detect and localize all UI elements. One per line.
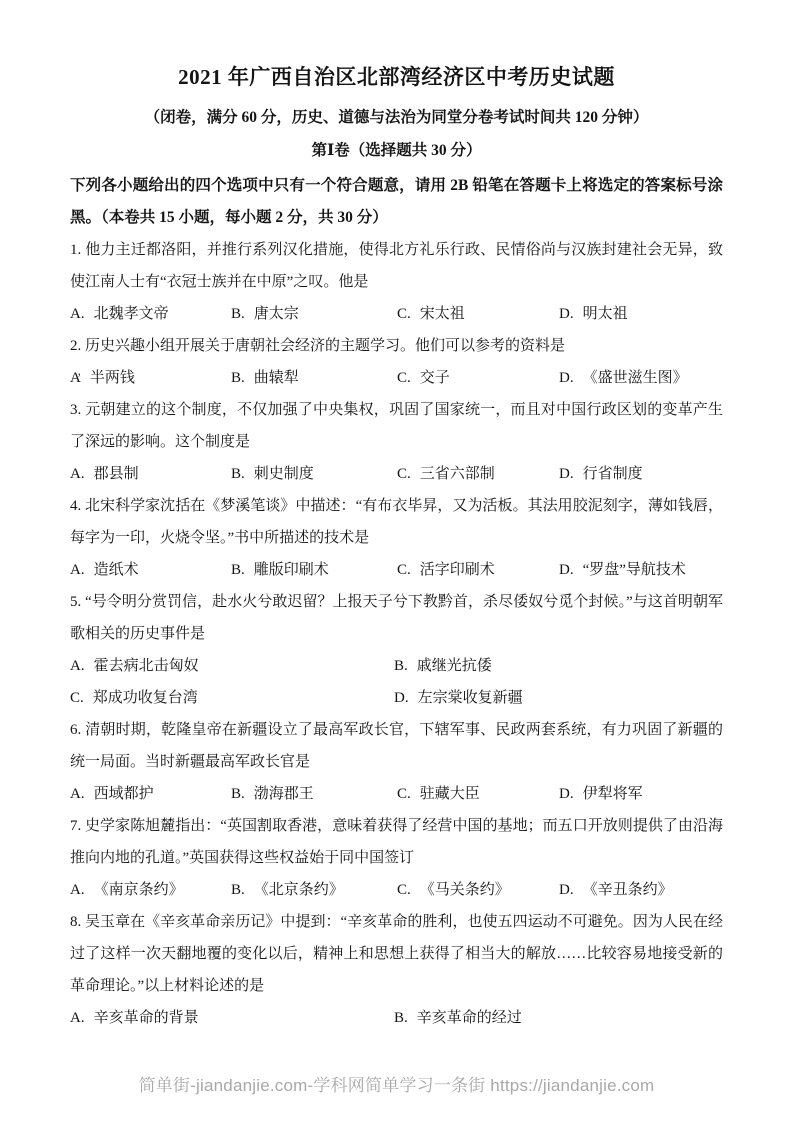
question-4: 4. 北宋科学家沈括在《梦溪笔谈》中描述：“有布衣毕昇，又为活板。其法用胶泥刻字… <box>70 490 723 586</box>
option-text: 郑成功收复台湾 <box>93 690 198 706</box>
option-label: B. <box>231 786 245 802</box>
option-text: 郡县制 <box>94 466 139 482</box>
option-text: 北魏孝文帝 <box>94 306 169 322</box>
question-4-option-b: B.雕版印刷术 <box>231 554 397 586</box>
option-label: A. <box>70 1010 85 1026</box>
option-text: 半两钱 <box>90 370 135 386</box>
option-label: C. <box>397 882 411 898</box>
question-3-option-d: D.行省制度 <box>559 458 723 490</box>
option-label: A. <box>70 466 85 482</box>
question-6-option-c: C.驻藏大臣 <box>397 778 559 810</box>
option-label: A. <box>70 786 85 802</box>
option-text: 刺史制度 <box>254 466 314 482</box>
option-label: D. <box>559 370 574 386</box>
question-4-option-c: C.活字印刷术 <box>397 554 559 586</box>
question-2-option-c: C.交子 <box>397 362 559 394</box>
option-label: D. <box>394 690 409 706</box>
option-label: C. <box>397 466 411 482</box>
question-7: 7. 史学家陈旭麓指出：“英国割取香港，意味着获得了经营中国的基地；而五口开放则… <box>70 810 723 906</box>
option-label: B. <box>231 466 245 482</box>
page-title: 2021 年广西自治区北部湾经济区中考历史试题 <box>70 62 723 92</box>
option-label: C. <box>397 306 411 322</box>
instructions: 下列各小题给出的四个选项中只有一个符合题意，请用 2B 铅笔在答题卡上将选定的答… <box>70 170 723 234</box>
question-5: 5. “号令明分赏罚信，赴水火兮敢迟留？上报天子兮下教黔首，杀尽倭奴兮觅个封候。… <box>70 586 723 714</box>
option-text: 活字印刷术 <box>420 562 495 578</box>
option-label: D. <box>559 786 574 802</box>
option-text: 伊犁将军 <box>583 786 643 802</box>
question-6: 6. 清朝时期，乾隆皇帝在新疆设立了最高军政长官，下辖军事、民政两套系统，有力巩… <box>70 714 723 810</box>
question-1-option-a: A.北魏孝文帝 <box>70 298 231 330</box>
option-label: D. <box>559 306 574 322</box>
option-text: 雕版印刷术 <box>254 562 329 578</box>
question-6-option-d: D.伊犁将军 <box>559 778 723 810</box>
option-label: D. <box>559 882 574 898</box>
option-text: 左宗棠收复新疆 <box>418 690 523 706</box>
option-label: A. <box>70 562 85 578</box>
option-label: A. <box>70 306 85 322</box>
question-2-option-b: B.曲辕犁 <box>231 362 397 394</box>
question-5-options: A.霍去病北击匈奴 B.戚继光抗倭 C.郑成功收复台湾 D.左宗棠收复新疆 <box>70 650 723 714</box>
exam-page: 2021 年广西自治区北部湾经济区中考历史试题 （闭卷，满分 60 分，历史、道… <box>0 0 793 1122</box>
question-6-option-b: B.渤海郡王 <box>231 778 397 810</box>
question-7-option-b: B.《北京条约》 <box>231 874 397 906</box>
question-1: 1. 他力主迁都洛阳，并推行系列汉化措施，使得北方礼乐行政、民情俗尚与汉族封建社… <box>70 234 723 330</box>
question-4-options: A.造纸术 B.雕版印刷术 C.活字印刷术 D.“罗盘”导航技术 <box>70 554 723 586</box>
question-1-options: A.北魏孝文帝 B.唐太宗 C.宋太祖 D.明太祖 <box>70 298 723 330</box>
question-7-option-a: A.《南京条约》 <box>70 874 231 906</box>
option-label: A. <box>70 882 85 898</box>
option-text: 《辛丑条约》 <box>583 882 673 898</box>
question-4-option-d: D.“罗盘”导航技术 <box>559 554 723 586</box>
option-text: 辛亥革命的经过 <box>417 1010 522 1026</box>
option-text: 戚继光抗倭 <box>417 658 492 674</box>
option-label: D. <box>559 466 574 482</box>
option-text: 明太祖 <box>583 306 628 322</box>
question-8-option-b: B.辛亥革命的经过 <box>394 1002 723 1034</box>
question-5-option-b: B.戚继光抗倭 <box>394 650 723 682</box>
question-5-option-c: C.郑成功收复台湾 <box>70 682 394 714</box>
question-6-stem: 6. 清朝时期，乾隆皇帝在新疆设立了最高军政长官，下辖军事、民政两套系统，有力巩… <box>70 714 723 778</box>
question-2: 2. 历史兴趣小组开展关于唐朝社会经济的主题学习。他们可以参考的资料是 A半两钱… <box>70 330 723 394</box>
option-text: 辛亥革命的背景 <box>94 1010 199 1026</box>
question-3-stem: 3. 元朝建立的这个制度，不仅加强了中央集权，巩固了国家统一，而且对中国行政区划… <box>70 394 723 458</box>
question-2-options: A半两钱 B.曲辕犁 C.交子 D.《盛世滋生图》 <box>70 362 723 394</box>
question-2-option-d: D.《盛世滋生图》 <box>559 362 723 394</box>
question-1-option-b: B.唐太宗 <box>231 298 397 330</box>
question-3-option-b: B.刺史制度 <box>231 458 397 490</box>
question-4-stem: 4. 北宋科学家沈括在《梦溪笔谈》中描述：“有布衣毕昇，又为活板。其法用胶泥刻字… <box>70 490 723 554</box>
option-text: 渤海郡王 <box>254 786 314 802</box>
option-text: 《马关条约》 <box>420 882 510 898</box>
question-6-options: A.西域都护 B.渤海郡王 C.驻藏大臣 D.伊犁将军 <box>70 778 723 810</box>
question-5-option-a: A.霍去病北击匈奴 <box>70 650 394 682</box>
question-2-option-a: A半两钱 <box>70 362 231 394</box>
watermark-footer: 简单街-jiandanjie.com-学科网简单学习一条街 https://ji… <box>0 1071 793 1096</box>
option-text: 曲辕犁 <box>254 370 299 386</box>
option-text: 西域都护 <box>94 786 154 802</box>
exam-subtitle: （闭卷，满分 60 分，历史、道德与法治为同堂分卷考试时间共 120 分钟） <box>70 108 723 128</box>
question-4-option-a: A.造纸术 <box>70 554 231 586</box>
question-3-option-c: C.三省六部制 <box>397 458 559 490</box>
question-3: 3. 元朝建立的这个制度，不仅加强了中央集权，巩固了国家统一，而且对中国行政区划… <box>70 394 723 490</box>
option-text: 驻藏大臣 <box>420 786 480 802</box>
question-1-option-d: D.明太祖 <box>559 298 723 330</box>
question-5-option-d: D.左宗棠收复新疆 <box>394 682 723 714</box>
option-text: 行省制度 <box>583 466 643 482</box>
question-1-option-c: C.宋太祖 <box>397 298 559 330</box>
watermark-text: 简单街-jiandanjie.com-学科网简单学习一条街 https://ji… <box>139 1076 655 1095</box>
option-text: 霍去病北击匈奴 <box>94 658 199 674</box>
question-7-option-d: D.《辛丑条约》 <box>559 874 723 906</box>
option-label: C. <box>397 562 411 578</box>
question-8-option-a: A.辛亥革命的背景 <box>70 1002 394 1034</box>
question-8: 8. 吴玉章在《辛亥革命亲历记》中提到：“辛亥革命的胜利，也使五四运动不可避免。… <box>70 906 723 1034</box>
option-text: 《南京条约》 <box>94 882 184 898</box>
option-label: D. <box>559 562 574 578</box>
option-label: B. <box>231 306 245 322</box>
option-text: 《盛世滋生图》 <box>583 370 688 386</box>
option-label: A. <box>70 658 85 674</box>
option-label: C. <box>397 786 411 802</box>
option-text: 三省六部制 <box>420 466 495 482</box>
stray-print-artifact: ’ <box>77 370 81 386</box>
question-8-stem: 8. 吴玉章在《辛亥革命亲历记》中提到：“辛亥革命的胜利，也使五四运动不可避免。… <box>70 906 723 1002</box>
question-7-options: A.《南京条约》 B.《北京条约》 C.《马关条约》 D.《辛丑条约》 <box>70 874 723 906</box>
option-text: “罗盘”导航技术 <box>583 562 686 578</box>
option-label: B. <box>231 562 245 578</box>
question-7-option-c: C.《马关条约》 <box>397 874 559 906</box>
section-heading: 第Ⅰ卷（选择题共 30 分） <box>70 141 723 161</box>
option-label: B. <box>394 658 408 674</box>
option-text: 唐太宗 <box>254 306 299 322</box>
question-3-options: A.郡县制 B.刺史制度 C.三省六部制 D.行省制度 <box>70 458 723 490</box>
question-1-stem: 1. 他力主迁都洛阳，并推行系列汉化措施，使得北方礼乐行政、民情俗尚与汉族封建社… <box>70 234 723 298</box>
option-text: 造纸术 <box>94 562 139 578</box>
option-label: C. <box>397 370 411 386</box>
option-text: 宋太祖 <box>420 306 465 322</box>
question-6-option-a: A.西域都护 <box>70 778 231 810</box>
option-label: B. <box>394 1010 408 1026</box>
option-label: C. <box>70 690 84 706</box>
question-5-stem: 5. “号令明分赏罚信，赴水火兮敢迟留？上报天子兮下教黔首，杀尽倭奴兮觅个封候。… <box>70 586 723 650</box>
option-label: B. <box>231 370 245 386</box>
option-label: B. <box>231 882 245 898</box>
option-text: 交子 <box>420 370 450 386</box>
question-3-option-a: A.郡县制 <box>70 458 231 490</box>
question-2-stem: 2. 历史兴趣小组开展关于唐朝社会经济的主题学习。他们可以参考的资料是 <box>70 330 723 362</box>
question-8-options: A.辛亥革命的背景 B.辛亥革命的经过 <box>70 1002 723 1034</box>
option-text: 《北京条约》 <box>254 882 344 898</box>
question-7-stem: 7. 史学家陈旭麓指出：“英国割取香港，意味着获得了经营中国的基地；而五口开放则… <box>70 810 723 874</box>
